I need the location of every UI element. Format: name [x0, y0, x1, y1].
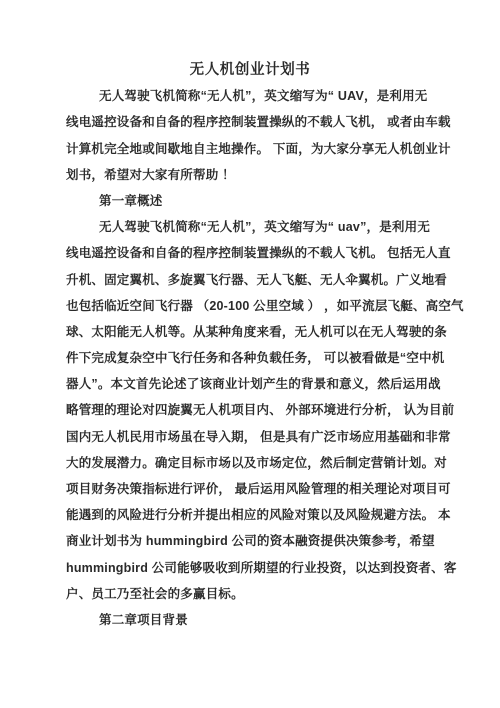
text-line: 商业计划书为 hummingbird 公司的资本融资提供决策参考，希望	[0, 528, 500, 554]
text-line: 项目财务决策指标进行评价， 最后运用风险管理的相关理论对项目可	[0, 476, 500, 502]
text-line: 线电遥控设备和自备的程序控制装置操纵的不载人飞机， 或者由车载	[0, 109, 500, 135]
text-line: 升机、固定翼机、多旋翼飞行器、无人飞艇、无人伞翼机。广义地看	[0, 267, 500, 293]
text-line: 无人驾驶飞机简称“无人机”，英文缩写为“ uav”，是利用无	[0, 214, 500, 240]
text-line: 能遇到的风险进行分析并提出相应的风险对策以及风险规避方法。 本	[0, 502, 500, 528]
text-line: 第二章项目背景	[0, 607, 500, 633]
document-body: 无人机创业计划书无人驾驶飞机简称“无人机”，英文缩写为“ UAV，是利用无线电遥…	[0, 0, 500, 633]
text-line: 大的发展潜力。确定目标市场以及市场定位，然后制定营销计划。对	[0, 450, 500, 476]
text-line: 也包括临近空间飞行器 （20-100 公里空域 ） ，如平流层飞艇、高空气	[0, 293, 500, 319]
text-line: 件下完成复杂空中飞行任务和各种负载任务， 可以被看做是“空中机	[0, 345, 500, 371]
text-line: 无人驾驶飞机简称“无人机”，英文缩写为“ UAV，是利用无	[0, 83, 500, 109]
text-line: 国内无人机民用市场虽在导入期， 但是具有广泛市场应用基础和非常	[0, 424, 500, 450]
text-line: 户、员工乃至社会的多赢目标。	[0, 581, 500, 607]
document-page: 无人机创业计划书无人驾驶飞机简称“无人机”，英文缩写为“ UAV，是利用无线电遥…	[0, 0, 500, 708]
text-line: 球、太阳能无人机等。从某种角度来看，无人机可以在无人驾驶的条	[0, 319, 500, 345]
text-line: 器人”。本文首先论述了该商业计划产生的背景和意义，然后运用战	[0, 371, 500, 397]
text-line: 划书，希望对大家有所帮助 ！	[0, 162, 500, 188]
text-line: 计算机完全地或间歇地自主地操作。 下面，为大家分享无人机创业计	[0, 136, 500, 162]
document-title: 无人机创业计划书	[0, 57, 500, 83]
text-line: 第一章概述	[0, 188, 500, 214]
text-line: hummingbird 公司能够吸收到所期望的行业投资，以达到投资者、客	[0, 555, 500, 581]
text-line: 略管理的理论对四旋翼无人机项目内、 外部环境进行分析， 认为目前	[0, 397, 500, 423]
text-line: 线电遥控设备和自备的程序控制装置操纵的不载人飞机。 包括无人直	[0, 240, 500, 266]
